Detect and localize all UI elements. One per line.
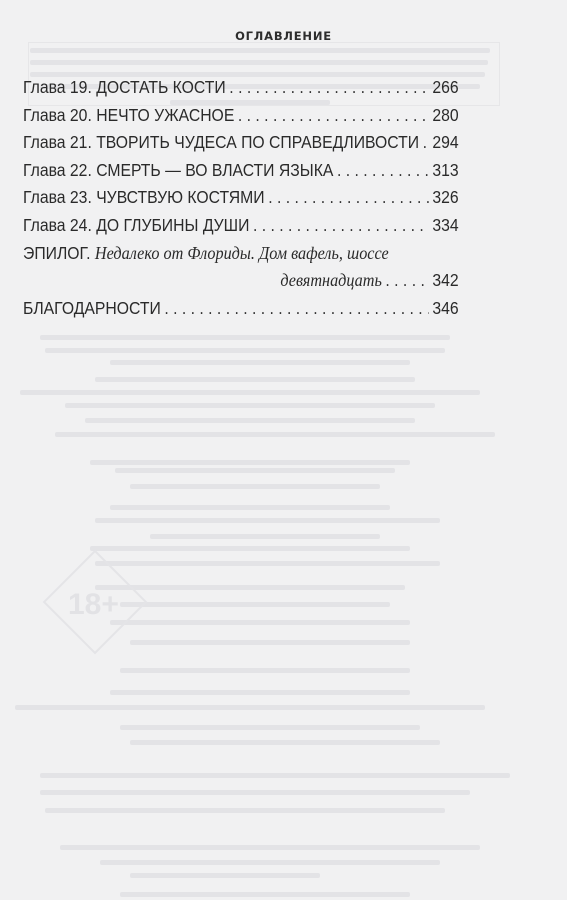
toc-entry-title: Глава 21. ТВОРИТЬ ЧУДЕСА ПО СПРАВЕДЛИВОС…	[23, 132, 419, 153]
toc-entry-page: 313	[432, 160, 458, 181]
toc-entry-title: Глава 24. ДО ГЛУБИНЫ ДУШИ	[23, 215, 249, 236]
toc-entry[interactable]: Глава 20. НЕЧТО УЖАСНОЕ 280	[23, 105, 459, 133]
toc-entry[interactable]: Глава 19. ДОСТАТЬ КОСТИ 266	[23, 77, 459, 105]
toc-entry-title: Глава 20. НЕЧТО УЖАСНОЕ	[23, 105, 234, 126]
toc-entry-title: Глава 23. ЧУВСТВУЮ КОСТЯМИ	[23, 187, 265, 208]
page-title: ОГЛАВЛЕНИЕ	[0, 29, 567, 43]
toc-entry-page: 334	[432, 215, 458, 236]
leader-dots	[238, 105, 429, 126]
toc-entry-page: 326	[432, 187, 458, 208]
toc-entry[interactable]: Глава 23. ЧУВСТВУЮ КОСТЯМИ 326	[23, 187, 459, 215]
leader-dots	[253, 215, 429, 236]
toc-entry-page: 294	[432, 132, 458, 153]
toc-entry-page: 280	[432, 105, 458, 126]
leader-dots	[385, 270, 428, 291]
toc-entry-epilogue[interactable]: ЭПИЛОГ. Недалеко от Флориды. Дом вафель,…	[23, 243, 459, 271]
leader-dots	[337, 160, 429, 181]
toc-entry-title: Глава 19. ДОСТАТЬ КОСТИ	[23, 77, 226, 98]
toc-entry-acknowledgements[interactable]: БЛАГОДАРНОСТИ 346	[23, 298, 459, 326]
epilogue-title-line2: девятнадцать	[280, 270, 381, 291]
table-of-contents: Глава 19. ДОСТАТЬ КОСТИ 266 Глава 20. НЕ…	[23, 77, 459, 325]
epilogue-prefix: ЭПИЛОГ.	[23, 243, 91, 263]
leader-dots	[268, 187, 428, 208]
toc-entry-page: 346	[432, 298, 458, 319]
leader-dots	[423, 132, 429, 153]
toc-entry-epilogue-continued[interactable]: девятнадцать 342	[23, 270, 459, 298]
toc-entry-page: 266	[432, 77, 458, 98]
leader-dots	[229, 77, 428, 98]
age-rating-badge-ghost	[43, 550, 148, 655]
age-rating-ghost-text: 18+	[68, 588, 119, 622]
toc-entry-title: Глава 22. СМЕРТЬ — ВО ВЛАСТИ ЯЗЫКА	[23, 160, 333, 181]
epilogue-title-line1: Недалеко от Флориды. Дом вафель, шоссе	[95, 243, 389, 263]
toc-entry[interactable]: Глава 22. СМЕРТЬ — ВО ВЛАСТИ ЯЗЫКА 313	[23, 160, 459, 188]
toc-entry[interactable]: Глава 21. ТВОРИТЬ ЧУДЕСА ПО СПРАВЕДЛИВОС…	[23, 132, 459, 160]
toc-entry-page: 342	[432, 270, 458, 291]
toc-entry-title: БЛАГОДАРНОСТИ	[23, 298, 161, 319]
leader-dots	[164, 298, 428, 319]
toc-entry[interactable]: Глава 24. ДО ГЛУБИНЫ ДУШИ 334	[23, 215, 459, 243]
